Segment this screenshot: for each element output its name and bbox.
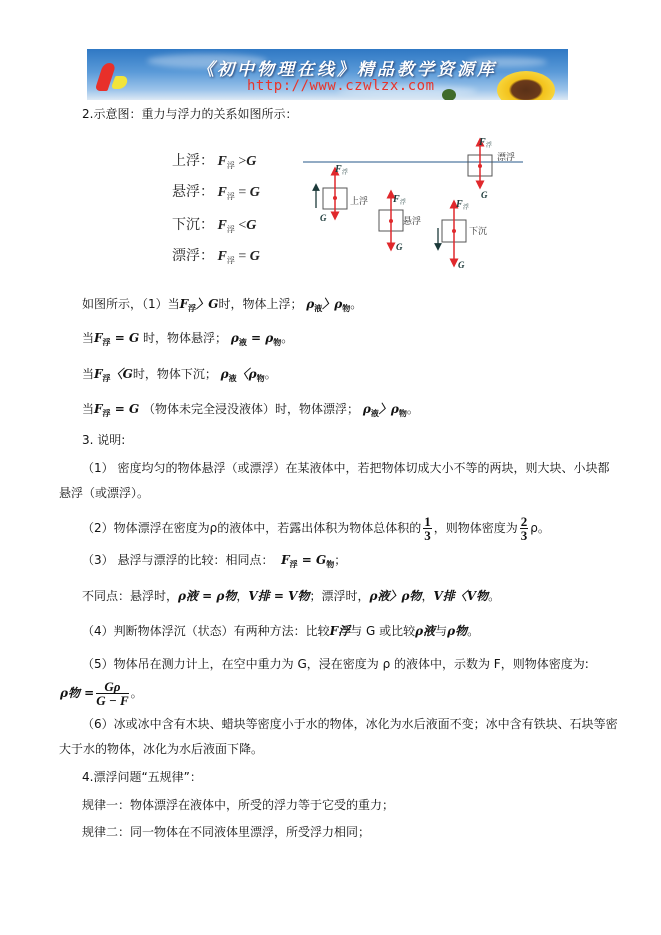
svg-text:下沉: 下沉 — [469, 226, 487, 237]
logo-accent-icon — [111, 76, 130, 89]
note-3-same: （3） 悬浮与漂浮的比较：相同点： F浮 = G物； — [82, 552, 346, 572]
note-1-line-2: 悬浮（或漂浮）。 — [59, 485, 149, 501]
section-3-heading: 3. 说明: — [82, 432, 125, 448]
svg-text:悬浮: 悬浮 — [403, 215, 421, 227]
buoyancy-diagram: F 浮 G 漂浮 F 浮 G 上浮 F 浮 G 悬浮 F 浮 G 下沉 — [295, 130, 530, 275]
equation-floating: 漂浮： F浮 = G — [172, 245, 260, 266]
svg-text:上浮: 上浮 — [350, 195, 368, 207]
svg-text:G: G — [481, 190, 488, 200]
condition-rising: 如图所示，（1）当F浮〉G时，物体上浮； ρ液〉ρ物。 — [82, 296, 362, 316]
svg-text:浮: 浮 — [400, 198, 406, 206]
rule-2: 规律二：同一物体在不同液体里漂浮，所受浮力相同； — [82, 824, 370, 840]
svg-text:G: G — [320, 213, 327, 223]
condition-suspended: 当F浮 = G 时，物体悬浮； ρ液 = ρ物。 — [82, 330, 293, 350]
svg-text:浮: 浮 — [342, 168, 348, 176]
section-2-heading: 2.示意图：重力与浮力的关系如图所示： — [82, 106, 297, 122]
svg-text:G: G — [396, 242, 403, 252]
svg-text:G: G — [458, 260, 465, 270]
plant-decoration — [442, 89, 456, 100]
note-5-formula: ρ物 =GρG − F。 — [60, 678, 143, 708]
svg-text:F: F — [392, 194, 400, 205]
svg-text:浮: 浮 — [486, 141, 492, 149]
equation-sinking: 下沉： F浮 <G — [172, 214, 256, 235]
section-4-heading: 4.漂浮问题“五规律”： — [82, 769, 202, 785]
sunflower-icon — [497, 71, 555, 100]
banner-title: 《初中物理在线》精品教学资源库 — [197, 55, 497, 80]
rule-1: 规律一：物体漂浮在液体中，所受的浮力等于它受的重力； — [82, 797, 394, 813]
svg-text:F: F — [455, 199, 463, 210]
svg-text:漂浮: 漂浮 — [497, 151, 515, 163]
note-3-difference: 不同点：悬浮时，ρ液 = ρ物，V排 = V物；漂浮时，ρ液〉ρ物，V排〈V物。 — [82, 588, 500, 604]
equation-suspended: 悬浮： F浮 = G — [172, 181, 260, 202]
condition-floating: 当F浮 = G （物体未完全浸没液体）时，物体漂浮； ρ液〉ρ物。 — [82, 401, 419, 421]
note-6-line-2: 大于水的物体，冰化为水后液面下降。 — [59, 741, 263, 757]
header-banner: 《初中物理在线》精品教学资源库 http://www.czwlzx.com — [87, 49, 568, 100]
svg-text:浮: 浮 — [463, 203, 469, 211]
note-2: （2）物体漂浮在密度为ρ的液体中，若露出体积为物体总体积的13，则物体密度为23… — [82, 514, 550, 542]
note-5-line-1: （5）物体吊在测力计上，在空中重力为 G，浸在密度为 ρ 的液体中，示数为 F，… — [82, 656, 589, 672]
note-1-line-1: （1） 密度均匀的物体悬浮（或漂浮）在某液体中，若把物体切成大小不等的两块，则大… — [82, 460, 609, 476]
svg-text:F: F — [478, 137, 486, 148]
note-6-line-1: （6）冰或冰中含有木块、蜡块等密度小于水的物体，冰化为水后液面不变；冰中含有铁块… — [82, 716, 618, 732]
equation-rising: 上浮： F浮 >G — [172, 150, 256, 171]
banner-url[interactable]: http://www.czwlzx.com — [247, 78, 435, 94]
note-4: （4）判断物体浮沉（状态）有两种方法：比较F浮与 G 或比较ρ液与ρ物。 — [82, 623, 479, 639]
condition-sinking: 当F浮〈G时，物体下沉； ρ液〈ρ物。 — [82, 366, 277, 386]
svg-text:F: F — [334, 164, 342, 175]
